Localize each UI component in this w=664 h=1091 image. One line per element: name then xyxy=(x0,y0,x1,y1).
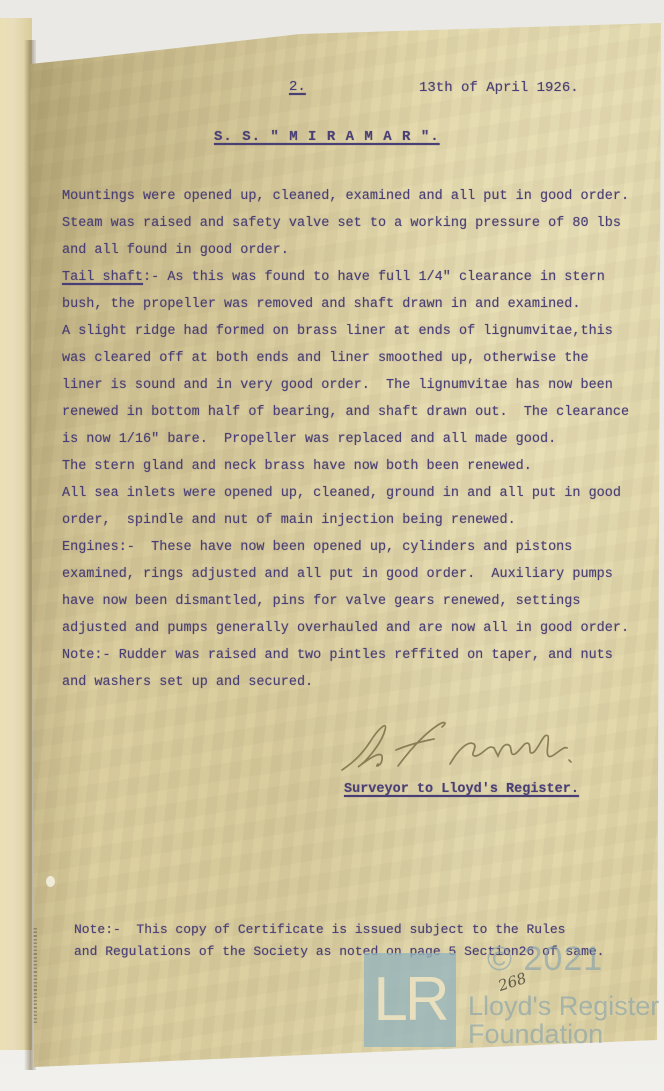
watermark-org-name-line1: Lloyd's Register xyxy=(468,991,659,1022)
typed-line: liner is sound and in very good order. T… xyxy=(62,372,628,399)
typed-line: order, spindle and nut of main injection… xyxy=(62,507,628,534)
typed-line: Steam was raised and safety valve set to… xyxy=(62,210,628,237)
document-date: 13th of April 1926. xyxy=(419,80,579,96)
footer-note-line: Note:- This copy of Certificate is issue… xyxy=(74,919,605,941)
typed-line: Tail shaft:- As this was found to have f… xyxy=(62,264,628,291)
typed-line: is now 1/16" bare. Propeller was replace… xyxy=(62,426,628,453)
watermark-org-name-line2: Foundation xyxy=(468,1019,603,1050)
typed-line: and washers set up and secured. xyxy=(62,669,628,696)
surveyor-signature xyxy=(338,714,573,778)
surveyor-title-line: Surveyor to Lloyd's Register. xyxy=(344,782,579,797)
typed-line: Mountings were opened up, cleaned, exami… xyxy=(62,183,628,210)
lloyds-register-logo: LR xyxy=(364,953,456,1047)
certificate-page: 2. 13th of April 1926. S. S. " M I R A M… xyxy=(0,0,664,1091)
page-number: 2. xyxy=(289,79,306,95)
typed-line: was cleared off at both ends and liner s… xyxy=(62,345,628,372)
typed-line: examined, rings adjusted and all put in … xyxy=(62,561,628,588)
typed-line: All sea inlets were opened up, cleaned, … xyxy=(62,480,628,507)
report-body: Mountings were opened up, cleaned, exami… xyxy=(62,183,628,696)
typed-line: Engines:- These have now been opened up,… xyxy=(62,534,628,561)
typed-line: have now been dismantled, pins for valve… xyxy=(62,588,628,615)
stray-ink-mark xyxy=(222,14,268,44)
typed-line: The stern gland and neck brass have now … xyxy=(62,453,628,480)
typed-line: renewed in bottom half of bearing, and s… xyxy=(62,399,628,426)
typed-line: A slight ridge had formed on brass liner… xyxy=(62,318,628,345)
typed-line: adjusted and pumps generally overhauled … xyxy=(62,615,628,642)
ship-name-title: S. S. " M I R A M A R ". xyxy=(214,129,440,145)
typed-line: Note:- Rudder was raised and two pintles… xyxy=(62,642,628,669)
paper-fleck xyxy=(46,876,55,887)
typed-line: bush, the propeller was removed and shaf… xyxy=(62,291,628,318)
copyright-watermark: © 2021 xyxy=(487,940,603,979)
document-photo: 2. 13th of April 1926. S. S. " M I R A M… xyxy=(0,0,664,1091)
typed-line: and all found in good order. xyxy=(62,237,628,264)
lloyds-register-logo-letters: LR xyxy=(373,969,446,1031)
